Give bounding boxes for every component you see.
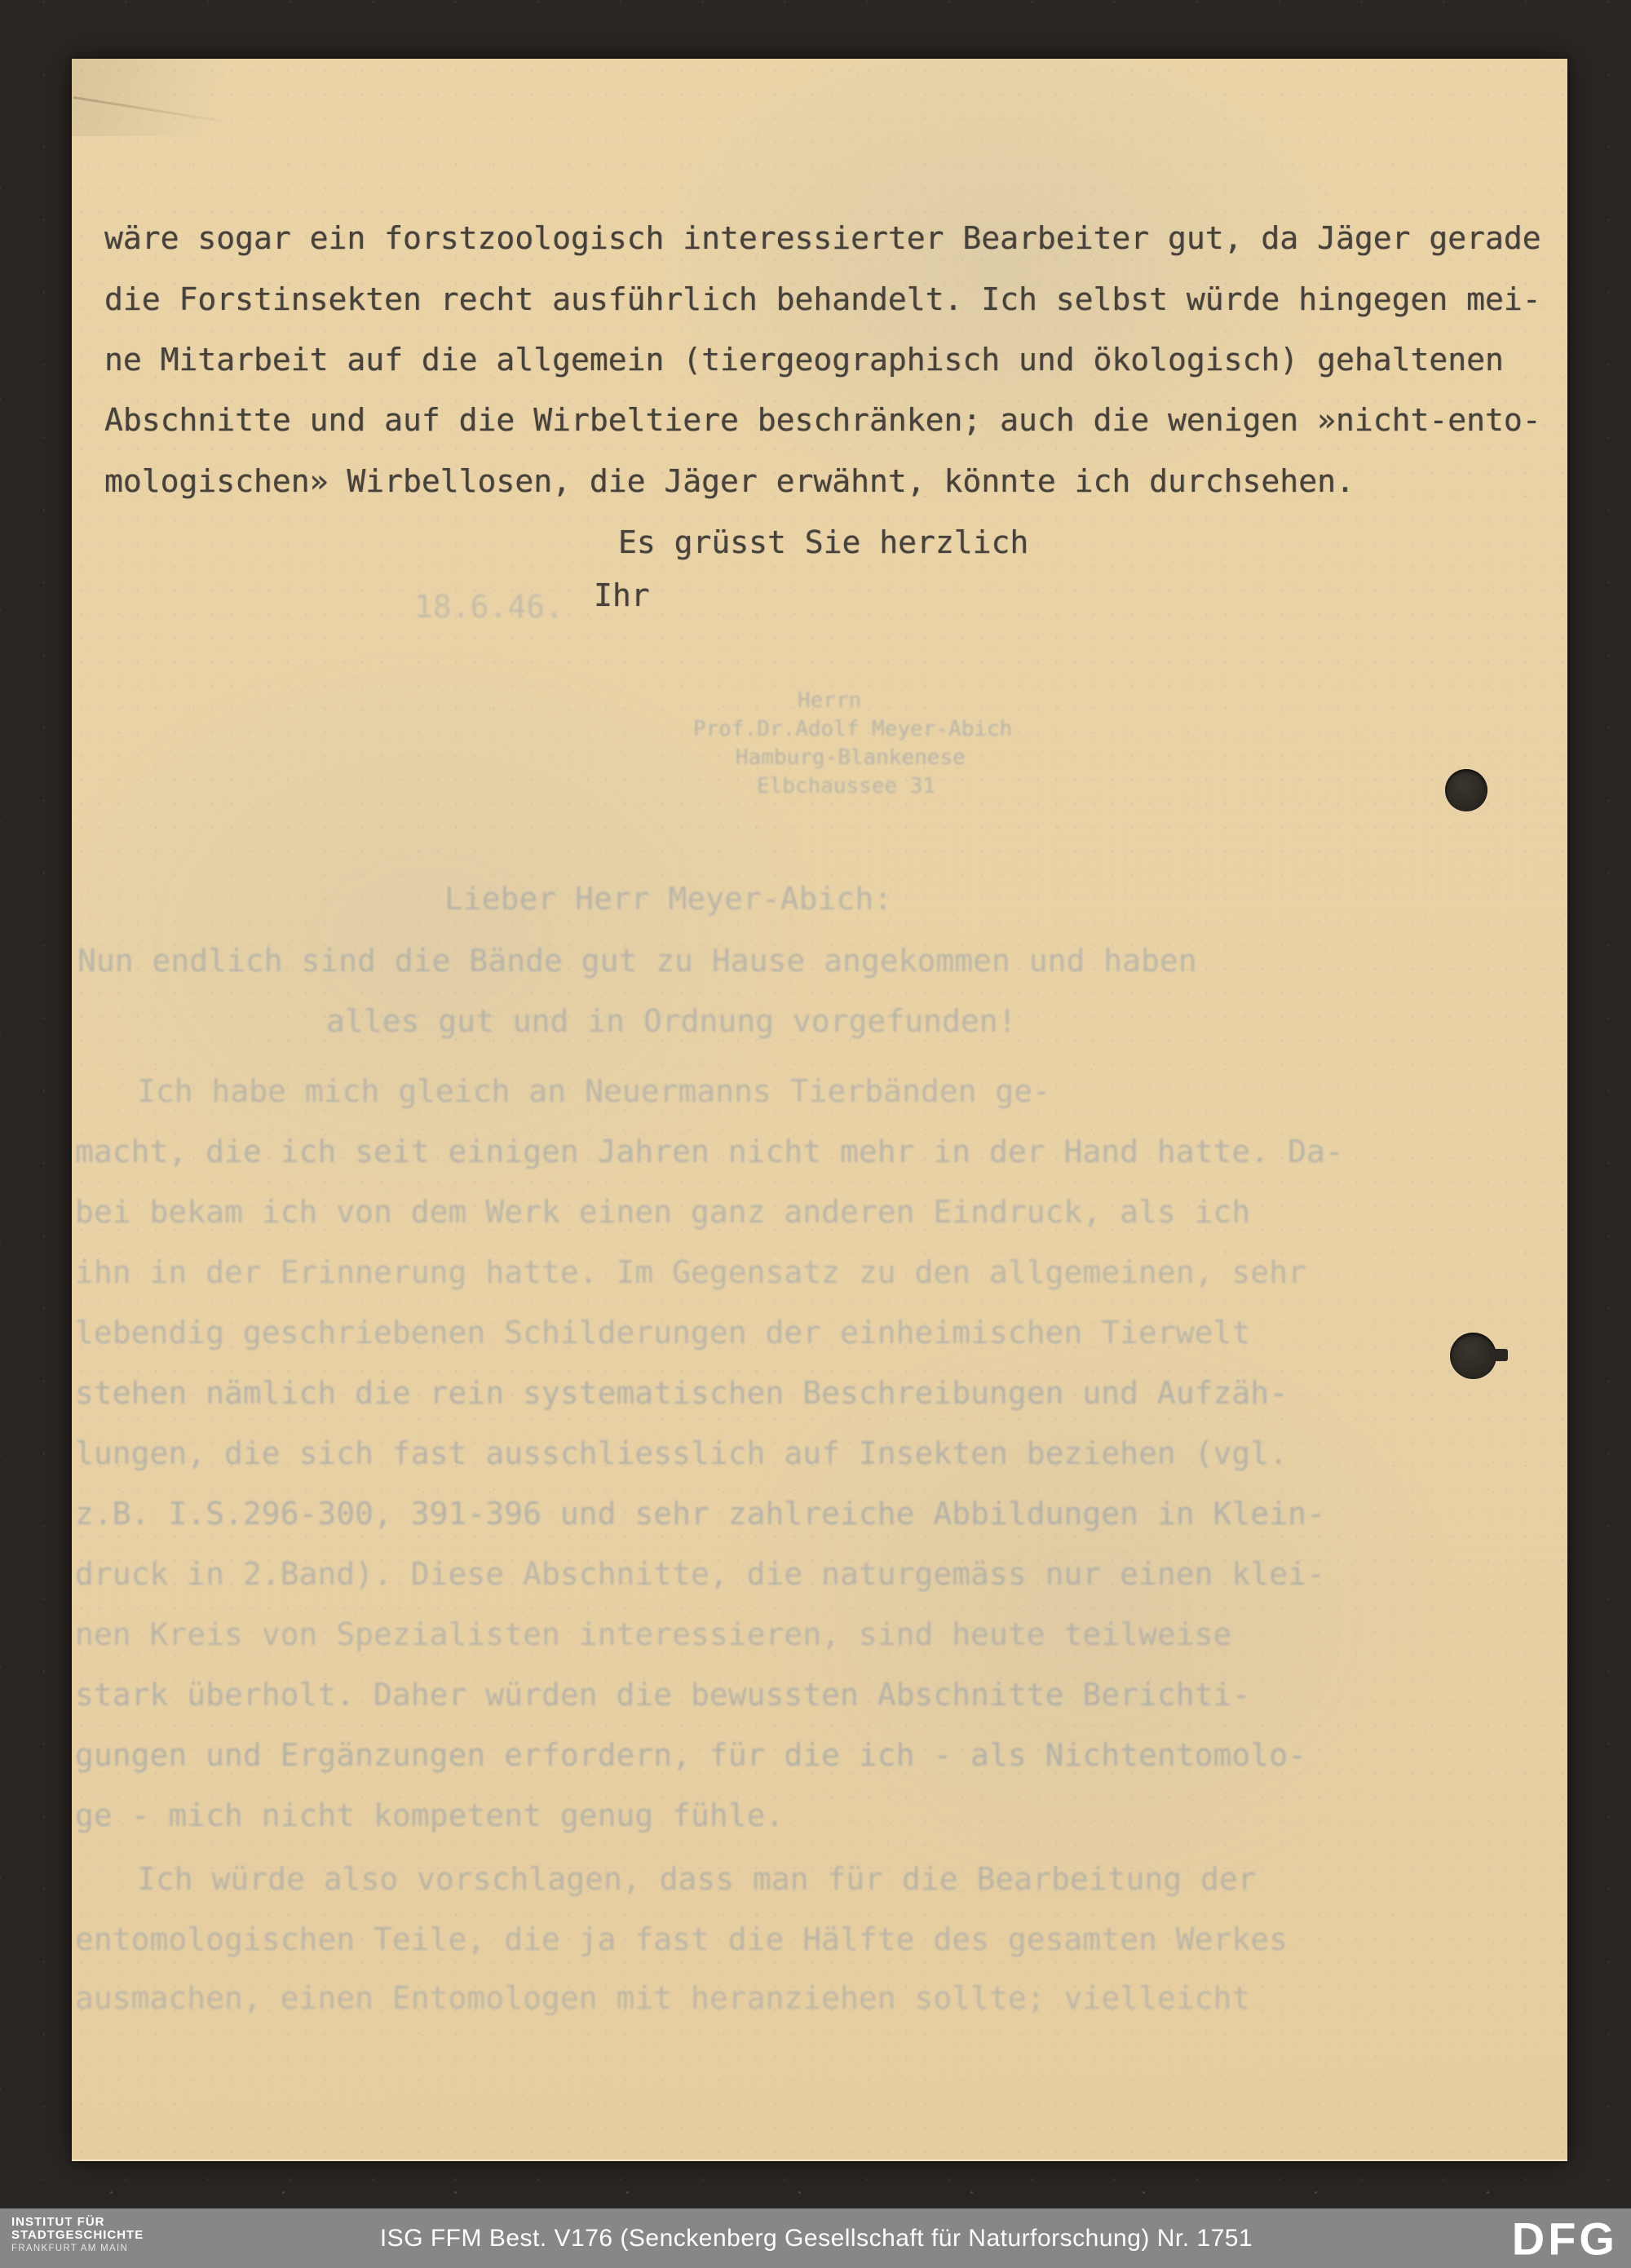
typed-line: Ihr <box>594 579 650 613</box>
bleedthrough-line: ihn in der Erinnerung hatte. Im Gegensat… <box>75 1256 1306 1290</box>
typed-line: wäre sogar ein forstzoologisch interessi… <box>104 222 1541 256</box>
bleedthrough-line: 18.6.46. <box>414 590 564 625</box>
bleedthrough-line: Lieber Herr Meyer-Abich: <box>444 882 892 917</box>
bleedthrough-line: Nun endlich sind die Bände gut zu Hause … <box>77 944 1197 979</box>
bleedthrough-line: Elbchaussee 31 <box>757 775 935 798</box>
typed-line: mologischen» Wirbellosen, die Jäger erwä… <box>104 465 1355 499</box>
bleedthrough-line: Prof.Dr.Adolf Meyer-Abich <box>693 718 1012 741</box>
institution-line-1: INSTITUT FÜR <box>11 2216 144 2229</box>
bleedthrough-line: alles gut und in Ordnung vorgefunden! <box>326 1005 1016 1039</box>
bleedthrough-line: druck in 2.Band). Diese Abschnitte, die … <box>75 1558 1325 1592</box>
bleedthrough-line: Herrn <box>798 689 861 713</box>
viewer-footer-bar: INSTITUT FÜR STADTGESCHICHTE FRANKFURT A… <box>0 2208 1631 2268</box>
bleedthrough-line: z.B. I.S.296-300, 391-396 und sehr zahlr… <box>75 1497 1325 1532</box>
bleedthrough-line: Hamburg-Blankenese <box>736 746 966 770</box>
bleedthrough-line: ge - mich nicht kompetent genug fühle. <box>75 1799 784 1833</box>
bleedthrough-line: lebendig geschriebenen Schilderungen der… <box>75 1316 1250 1351</box>
letter-page: wäre sogar ein forstzoologisch interessi… <box>72 59 1567 2161</box>
typed-line: ne Mitarbeit auf die allgemein (tiergeog… <box>104 343 1504 378</box>
bleedthrough-line: stark überholt. Daher würden die bewusst… <box>75 1678 1250 1713</box>
punch-hole-top <box>1445 769 1487 811</box>
typed-line: die Forstinsekten recht ausführlich beha… <box>104 283 1541 317</box>
paper-corner-shade <box>72 59 300 136</box>
bleedthrough-line: lungen, die sich fast ausschliesslich au… <box>75 1437 1288 1471</box>
typed-line: Abschnitte und auf die Wirbeltiere besch… <box>104 404 1541 438</box>
scan-background: wäre sogar ein forstzoologisch interessi… <box>0 0 1631 2268</box>
institution-line-2: STADTGESCHICHTE <box>11 2229 144 2242</box>
institution-block: INSTITUT FÜR STADTGESCHICHTE FRANKFURT A… <box>11 2216 144 2253</box>
bleedthrough-line: bei bekam ich von dem Werk einen ganz an… <box>75 1196 1250 1230</box>
bleedthrough-line: Ich habe mich gleich an Neuermanns Tierb… <box>137 1075 1051 1109</box>
bleedthrough-line: nen Kreis von Spezialisten interessieren… <box>75 1618 1231 1652</box>
punch-hole-notch <box>1490 1349 1508 1361</box>
bleedthrough-line: Ich würde also vorschlagen, dass man für… <box>137 1863 1257 1897</box>
punch-hole-bottom <box>1450 1333 1496 1379</box>
bleedthrough-line: macht, die ich seit einigen Jahren nicht… <box>75 1135 1344 1169</box>
archive-reference: ISG FFM Best. V176 (Senckenberg Gesellsc… <box>380 2225 1253 2253</box>
bleedthrough-line: ausmachen, einen Entomologen mit heranzi… <box>75 1982 1250 2016</box>
institution-line-3: FRANKFURT AM MAIN <box>11 2244 144 2253</box>
bleedthrough-line: gungen und Ergänzungen erfordern, für di… <box>75 1739 1306 1773</box>
bleedthrough-line: entomologischen Teile, die ja fast die H… <box>75 1923 1288 1957</box>
dfg-logo: DFG <box>1512 2212 1618 2265</box>
typed-line: Es grüsst Sie herzlich <box>618 526 1028 560</box>
bleedthrough-line: stehen nämlich die rein systematischen B… <box>75 1377 1288 1411</box>
